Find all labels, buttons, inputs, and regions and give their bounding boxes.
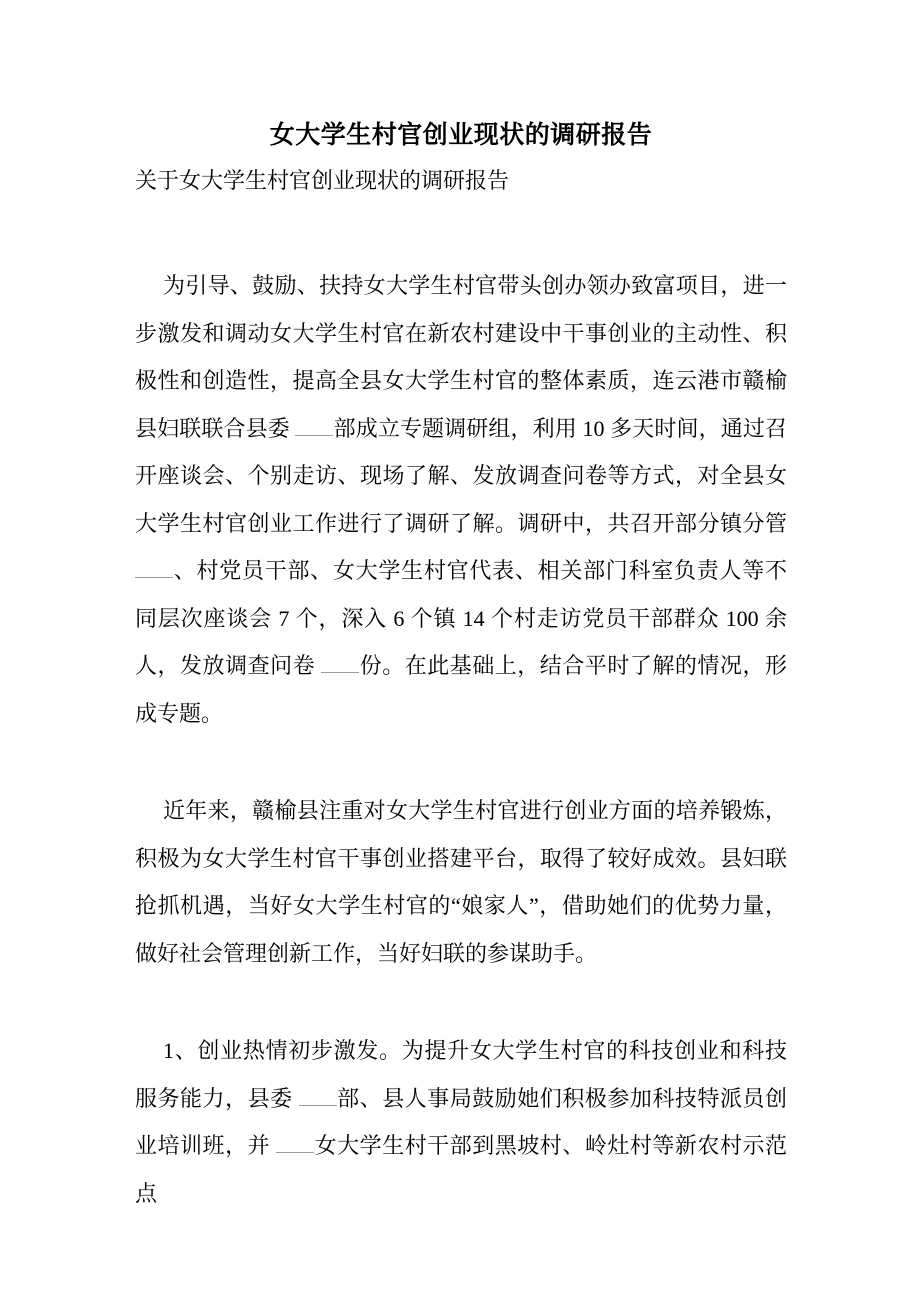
paragraph-background: 近年来，赣榆县注重对女大学生村官进行创业方面的培养锻炼，积极为女大学生村官干事创… (135, 787, 787, 977)
fill-in-blank (295, 415, 333, 436)
document-title: 女大学生村官创业现状的调研报告 (135, 118, 787, 154)
fill-in-blank (299, 1085, 337, 1106)
paragraph-point-1: 1、创业热情初步激发。为提升女大学生村官的科技创业和科技服务能力，县委 部、县人… (135, 1027, 787, 1217)
fill-in-blank (276, 1132, 314, 1153)
document-subtitle: 关于女大学生村官创业现状的调研报告 (135, 168, 787, 194)
document-page: 女大学生村官创业现状的调研报告 关于女大学生村官创业现状的调研报告 为引导、鼓励… (0, 0, 920, 1302)
fill-in-blank (135, 557, 173, 578)
fill-in-blank (321, 652, 359, 673)
paragraph-intro: 为引导、鼓励、扶持女大学生村官带头创办领办致富项目，进一步激发和调动女大学生村官… (135, 262, 787, 737)
